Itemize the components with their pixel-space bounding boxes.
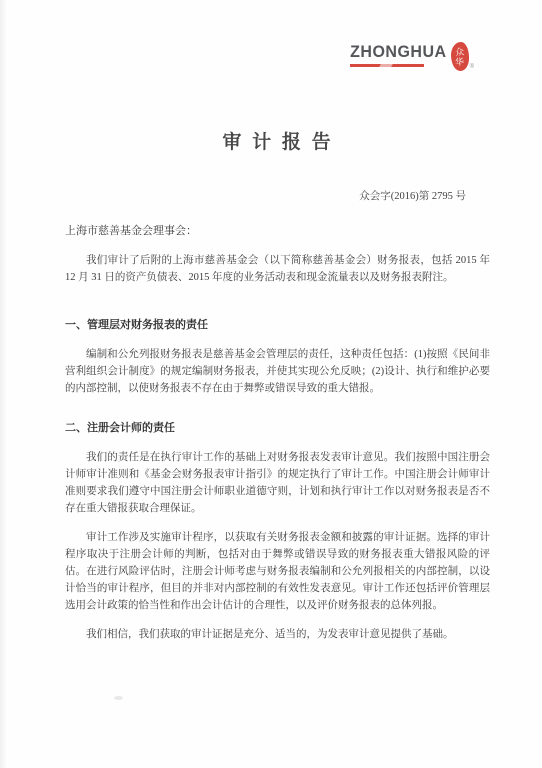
section-2-paragraph-3: 我们相信，我们获取的审计证据是充分、适当的，为发表审计意见提供了基础。 (65, 626, 490, 643)
scan-edge-shadow (0, 0, 7, 768)
scanned-audit-report-page: ZHONGHUA 众 华 ® 审 计 报 告 众会字(2016)第 2795 号… (0, 0, 542, 768)
section-2-paragraph-2: 审计工作涉及实施审计程序，以获取有关财务报表金额和披露的审计证据。选择的审计程序… (65, 529, 490, 614)
brand-wordmark: ZHONGHUA (350, 44, 446, 62)
document-reference-number: 众会字(2016)第 2795 号 (65, 188, 490, 205)
seal-character-bottom: 华 (454, 56, 464, 67)
addressee-line: 上海市慈善基金会理事会： (65, 223, 490, 240)
document-title: 审 计 报 告 (65, 130, 490, 156)
logo-text-block: ZHONGHUA (350, 44, 446, 67)
underline-signature-mark (379, 64, 393, 67)
section-1-heading: 一、管理层对财务报表的责任 (65, 318, 490, 333)
section-1-paragraph: 编制和公允列报财务报表是慈善基金会管理层的责任，这种责任包括：(1)按照《民间非… (65, 346, 490, 397)
brand-underline (350, 64, 424, 67)
intro-paragraph: 我们审计了后附的上海市慈善基金会（以下简称慈善基金会）财务报表，包括 2015 … (65, 252, 490, 286)
scan-speck (114, 696, 123, 700)
section-2-paragraph-1: 我们的责任是在执行审计工作的基础上对财务报表发表审计意见。我们按照中国注册会计师… (65, 449, 490, 517)
document-content: 审 计 报 告 众会字(2016)第 2795 号 上海市慈善基金会理事会： 我… (65, 130, 490, 643)
section-2-heading: 二、注册会计师的责任 (65, 421, 490, 436)
red-seal-icon: 众 华 (451, 42, 469, 71)
registered-trademark-symbol: ® (470, 64, 474, 70)
zhonghua-logo: ZHONGHUA 众 华 ® (350, 44, 474, 71)
